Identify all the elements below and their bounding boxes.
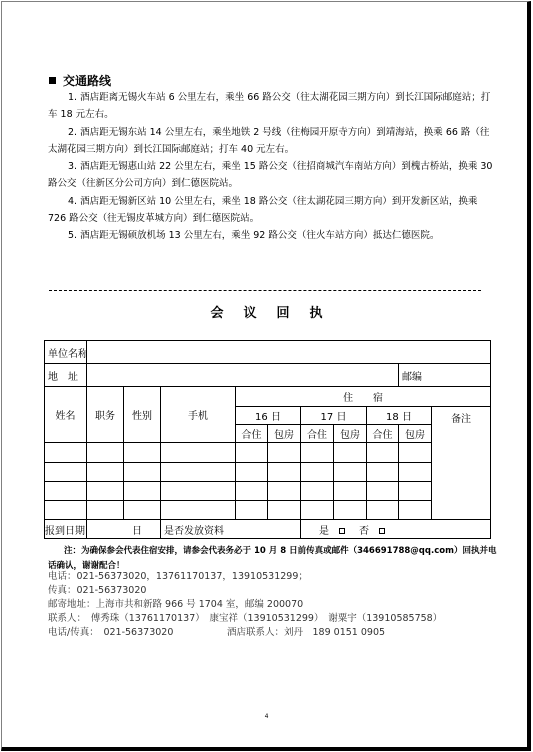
route-item: 4. 酒店距无锡新区站 10 公里左右，乘坐 18 路公交（往太湖花园三期方向）…: [48, 193, 498, 228]
header-day16-single: 包房: [268, 425, 301, 443]
day16-shared-cell[interactable]: [236, 482, 268, 501]
day16-shared-cell[interactable]: [236, 463, 268, 482]
attendee-row: [45, 463, 491, 482]
day17-shared-cell[interactable]: [301, 443, 334, 463]
header-position: 职务: [87, 387, 124, 443]
address-field[interactable]: [87, 364, 399, 387]
section-title-text: 交通路线: [63, 72, 111, 89]
yes-checkbox[interactable]: [339, 528, 345, 534]
day17-single-cell[interactable]: [334, 463, 367, 482]
day17-shared-cell[interactable]: [301, 482, 334, 501]
unit-name-field[interactable]: [87, 341, 491, 364]
header-day18-single: 包房: [399, 425, 432, 443]
header-gender: 性别: [124, 387, 161, 443]
receipt-title: 会议回执: [0, 302, 533, 321]
route-item: 2. 酒店距无锡东站 14 公里左右，乘坐地铁 2 号线（往梅园开原寺方向）到靖…: [48, 124, 498, 159]
attendee-row: [45, 501, 491, 520]
name-cell[interactable]: [45, 482, 87, 501]
day18-shared-cell[interactable]: [367, 501, 399, 520]
contact-persons: 联系人： 傅秀珠（13761170137） 康宝祥（13910531299） 谢…: [48, 612, 442, 626]
materials-label: 是否发放资料: [161, 520, 301, 539]
attendee-row: [45, 443, 491, 463]
page-number: 4: [0, 713, 533, 720]
day17-single-cell[interactable]: [334, 501, 367, 520]
position-cell[interactable]: [87, 443, 124, 463]
postcode-cell[interactable]: 邮编: [399, 364, 491, 387]
header-name: 姓名: [45, 387, 87, 443]
contact-fax: 传真：021-56373020: [48, 584, 146, 598]
header-mobile: 手机: [161, 387, 236, 443]
day18-single-cell[interactable]: [399, 443, 432, 463]
yes-label: 是: [319, 526, 329, 537]
day18-single-cell[interactable]: [399, 463, 432, 482]
route-list: 1. 酒店距离无锡火车站 6 公里左右，乘坐 66 路公交（往太湖花园三期方向）…: [48, 89, 498, 245]
route-item: 1. 酒店距离无锡火车站 6 公里左右，乘坐 66 路公交（往太湖花园三期方向）…: [48, 89, 498, 124]
header-day17-shared: 合住: [301, 425, 334, 443]
route-item: 5. 酒店距无锡硕放机场 13 公里左右，乘坐 92 路公交（往火车站方向）抵达…: [48, 227, 498, 244]
mobile-cell[interactable]: [161, 443, 236, 463]
day18-single-cell[interactable]: [399, 501, 432, 520]
gender-cell[interactable]: [124, 501, 161, 520]
receipt-form-table: 单位名称 地 址 邮编 姓名 职务 性别 手机 住 宿 16 日 17 日 18…: [44, 340, 491, 539]
position-cell[interactable]: [87, 482, 124, 501]
no-checkbox[interactable]: [379, 528, 385, 534]
cut-line-divider: [49, 290, 481, 291]
contact-mail-address: 邮寄地址：上海市共和新路 966 号 1704 室，邮编 200070: [48, 598, 303, 612]
header-remarks: 备注: [432, 407, 491, 520]
header-day17: 17 日: [301, 407, 367, 425]
day16-single-cell[interactable]: [268, 482, 301, 501]
header-day18-shared: 合住: [367, 425, 399, 443]
postcode-label: 邮编: [402, 372, 422, 383]
day-suffix: 日: [132, 526, 142, 537]
day17-single-cell[interactable]: [334, 482, 367, 501]
day17-shared-cell[interactable]: [301, 463, 334, 482]
unit-name-label: 单位名称: [45, 341, 87, 364]
day18-shared-cell[interactable]: [367, 463, 399, 482]
route-item: 3. 酒店距无锡惠山站 22 公里左右，乘坐 15 路公交（往招商城汽车南站方向…: [48, 158, 498, 193]
hotel-contact: 酒店联系人：刘丹 189 0151 0905: [227, 626, 385, 640]
header-day16-shared: 合住: [236, 425, 268, 443]
mobile-cell[interactable]: [161, 463, 236, 482]
arrival-date-field[interactable]: 日: [87, 520, 161, 539]
day17-shared-cell[interactable]: [301, 501, 334, 520]
gender-cell[interactable]: [124, 482, 161, 501]
gender-cell[interactable]: [124, 443, 161, 463]
materials-options: 是否: [301, 520, 491, 539]
contact-phone: 电话：021-56373020，13761170137，13910531299；: [48, 570, 308, 584]
day16-shared-cell[interactable]: [236, 443, 268, 463]
name-cell[interactable]: [45, 443, 87, 463]
day18-single-cell[interactable]: [399, 482, 432, 501]
header-day17-single: 包房: [334, 425, 367, 443]
attendee-row: [45, 482, 491, 501]
position-cell[interactable]: [87, 463, 124, 482]
square-bullet-icon: [49, 77, 56, 84]
no-label: 否: [359, 526, 369, 537]
section-heading: 交通路线: [49, 72, 111, 89]
name-cell[interactable]: [45, 463, 87, 482]
header-day18: 18 日: [367, 407, 432, 425]
day16-single-cell[interactable]: [268, 501, 301, 520]
contact-phone-fax: 电话/传真： 021-56373020: [48, 626, 173, 640]
name-cell[interactable]: [45, 501, 87, 520]
day16-single-cell[interactable]: [268, 463, 301, 482]
day18-shared-cell[interactable]: [367, 482, 399, 501]
address-label: 地 址: [45, 364, 87, 387]
day17-single-cell[interactable]: [334, 443, 367, 463]
day16-shared-cell[interactable]: [236, 501, 268, 520]
gender-cell[interactable]: [124, 463, 161, 482]
position-cell[interactable]: [87, 501, 124, 520]
header-day16: 16 日: [236, 407, 301, 425]
arrival-date-label: 报到日期: [45, 520, 87, 539]
header-lodging: 住 宿: [236, 387, 491, 407]
day16-single-cell[interactable]: [268, 443, 301, 463]
mobile-cell[interactable]: [161, 501, 236, 520]
mobile-cell[interactable]: [161, 482, 236, 501]
day18-shared-cell[interactable]: [367, 443, 399, 463]
